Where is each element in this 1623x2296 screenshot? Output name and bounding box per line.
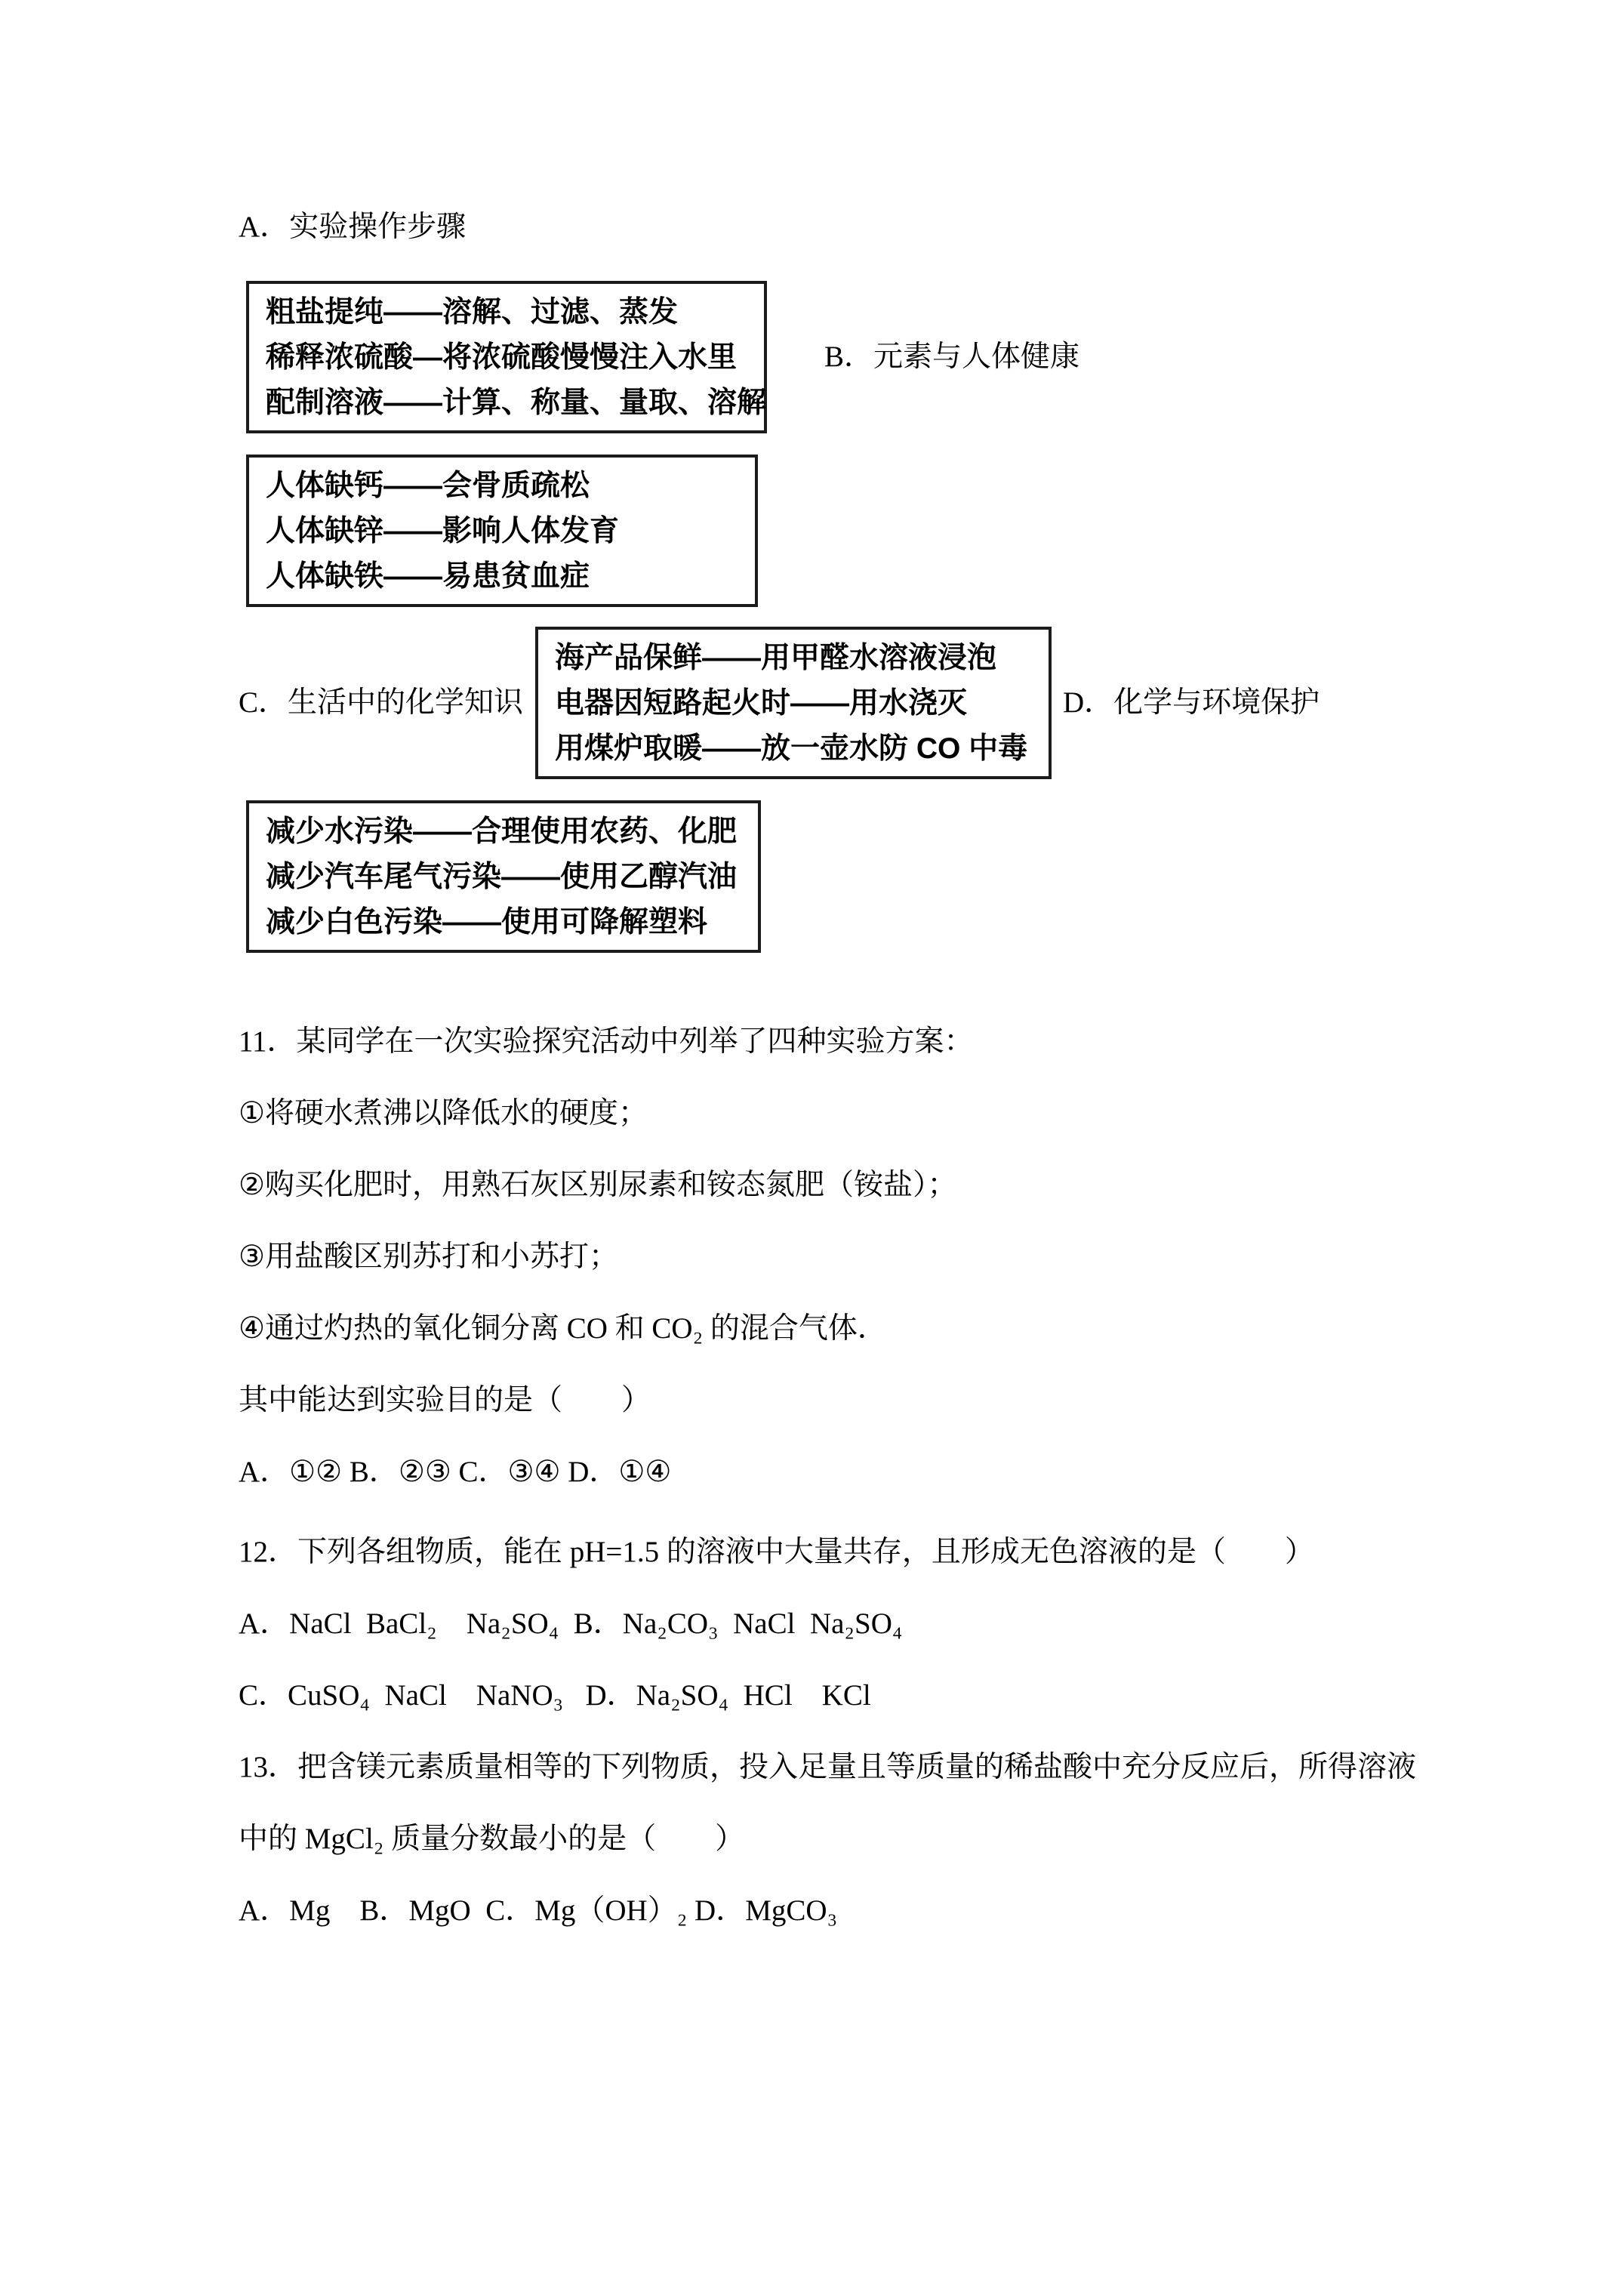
question-11-item-3: ③用盐酸区别苏打和小苏打； bbox=[239, 1240, 1548, 1274]
box-line: 人体缺铁——易患贫血症 bbox=[266, 554, 738, 599]
environment-protection-box: 减少水污染——合理使用农药、化肥 减少汽车尾气污染——使用乙醇汽油 减少白色污染… bbox=[246, 800, 761, 953]
box-line: 电器因短路起火时——用水浇灭 bbox=[555, 681, 1032, 726]
question-13-stem-line-1: 13．把含镁元素质量相等的下列物质，投入足量且等质量的稀盐酸中充分反应后，所得溶… bbox=[239, 1750, 1548, 1785]
option-b-label: B．元素与人体健康 bbox=[824, 340, 1079, 374]
box-line: 稀释浓硫酸—将浓硫酸慢慢注入水里 bbox=[266, 335, 747, 381]
box-line: 人体缺钙——会骨质疏松 bbox=[266, 464, 738, 509]
option-a-label: A．实验操作步骤 bbox=[239, 210, 1548, 245]
option-c-label: C．生活中的化学知识 bbox=[239, 686, 523, 720]
document-page: A．实验操作步骤 粗盐提纯——溶解、过滤、蒸发 稀释浓硫酸—将浓硫酸慢慢注入水里… bbox=[0, 0, 1623, 2296]
option-a-box-row: 粗盐提纯——溶解、过滤、蒸发 稀释浓硫酸—将浓硫酸慢慢注入水里 配制溶液——计算… bbox=[239, 281, 1548, 433]
box-line: 减少白色污染——使用可降解塑料 bbox=[266, 900, 741, 945]
option-c-box-row: C．生活中的化学知识 海产品保鲜——用甲醛水溶液浸泡 电器因短路起火时——用水浇… bbox=[239, 627, 1548, 779]
question-11-item-1: ①将硬水煮沸以降低水的硬度； bbox=[239, 1096, 1548, 1131]
question-11-options: A．①② B．②③ C．③④ D．①④ bbox=[239, 1455, 1548, 1490]
element-health-box: 人体缺钙——会骨质疏松 人体缺锌——影响人体发育 人体缺铁——易患贫血症 bbox=[246, 455, 758, 607]
box-line: 人体缺锌——影响人体发育 bbox=[266, 509, 738, 554]
box-line: 海产品保鲜——用甲醛水溶液浸泡 bbox=[555, 636, 1032, 681]
option-d-label: D．化学与环境保护 bbox=[1063, 686, 1320, 720]
experiment-steps-box: 粗盐提纯——溶解、过滤、蒸发 稀释浓硫酸—将浓硫酸慢慢注入水里 配制溶液——计算… bbox=[246, 281, 767, 433]
box-line: 减少水污染——合理使用农药、化肥 bbox=[266, 809, 741, 855]
question-12-stem: 12．下列各组物质，能在 pH=1.5 的溶液中大量共存，且形成无色溶液的是（ … bbox=[239, 1535, 1548, 1570]
question-12-options-cd: C．CuSO₄ NaCl NaNO₃ D．Na₂SO₄ HCl KCl bbox=[239, 1678, 1548, 1713]
box-line: 减少汽车尾气污染——使用乙醇汽油 bbox=[266, 855, 741, 900]
question-13-stem-line-2: 中的 MgCl₂ 质量分数最小的是（ ） bbox=[239, 1822, 1548, 1857]
box-line: 配制溶液——计算、称量、量取、溶解 bbox=[266, 381, 747, 426]
box-line: 粗盐提纯——溶解、过滤、蒸发 bbox=[266, 290, 747, 335]
question-11-item-4: ④通过灼热的氧化铜分离 CO 和 CO₂ 的混合气体． bbox=[239, 1311, 1548, 1346]
box-line: 用煤炉取暖——放一壶水防 CO 中毒 bbox=[555, 726, 1032, 772]
question-11-prompt: 其中能达到实验目的是（ ） bbox=[239, 1383, 1548, 1418]
question-11-stem: 11．某同学在一次实验探究活动中列举了四种实验方案： bbox=[239, 1025, 1548, 1059]
question-13-options: A．Mg B．MgO C．Mg（OH）₂ D．MgCO₃ bbox=[239, 1894, 1548, 1928]
question-12-options-ab: A．NaCl BaCl₂ Na₂SO₄ B．Na₂CO₃ NaCl Na₂SO₄ bbox=[239, 1607, 1548, 1641]
life-chemistry-box: 海产品保鲜——用甲醛水溶液浸泡 电器因短路起火时——用水浇灭 用煤炉取暖——放一… bbox=[535, 627, 1052, 779]
question-11-item-2: ②购买化肥时，用熟石灰区别尿素和铵态氮肥（铵盐）； bbox=[239, 1168, 1548, 1203]
